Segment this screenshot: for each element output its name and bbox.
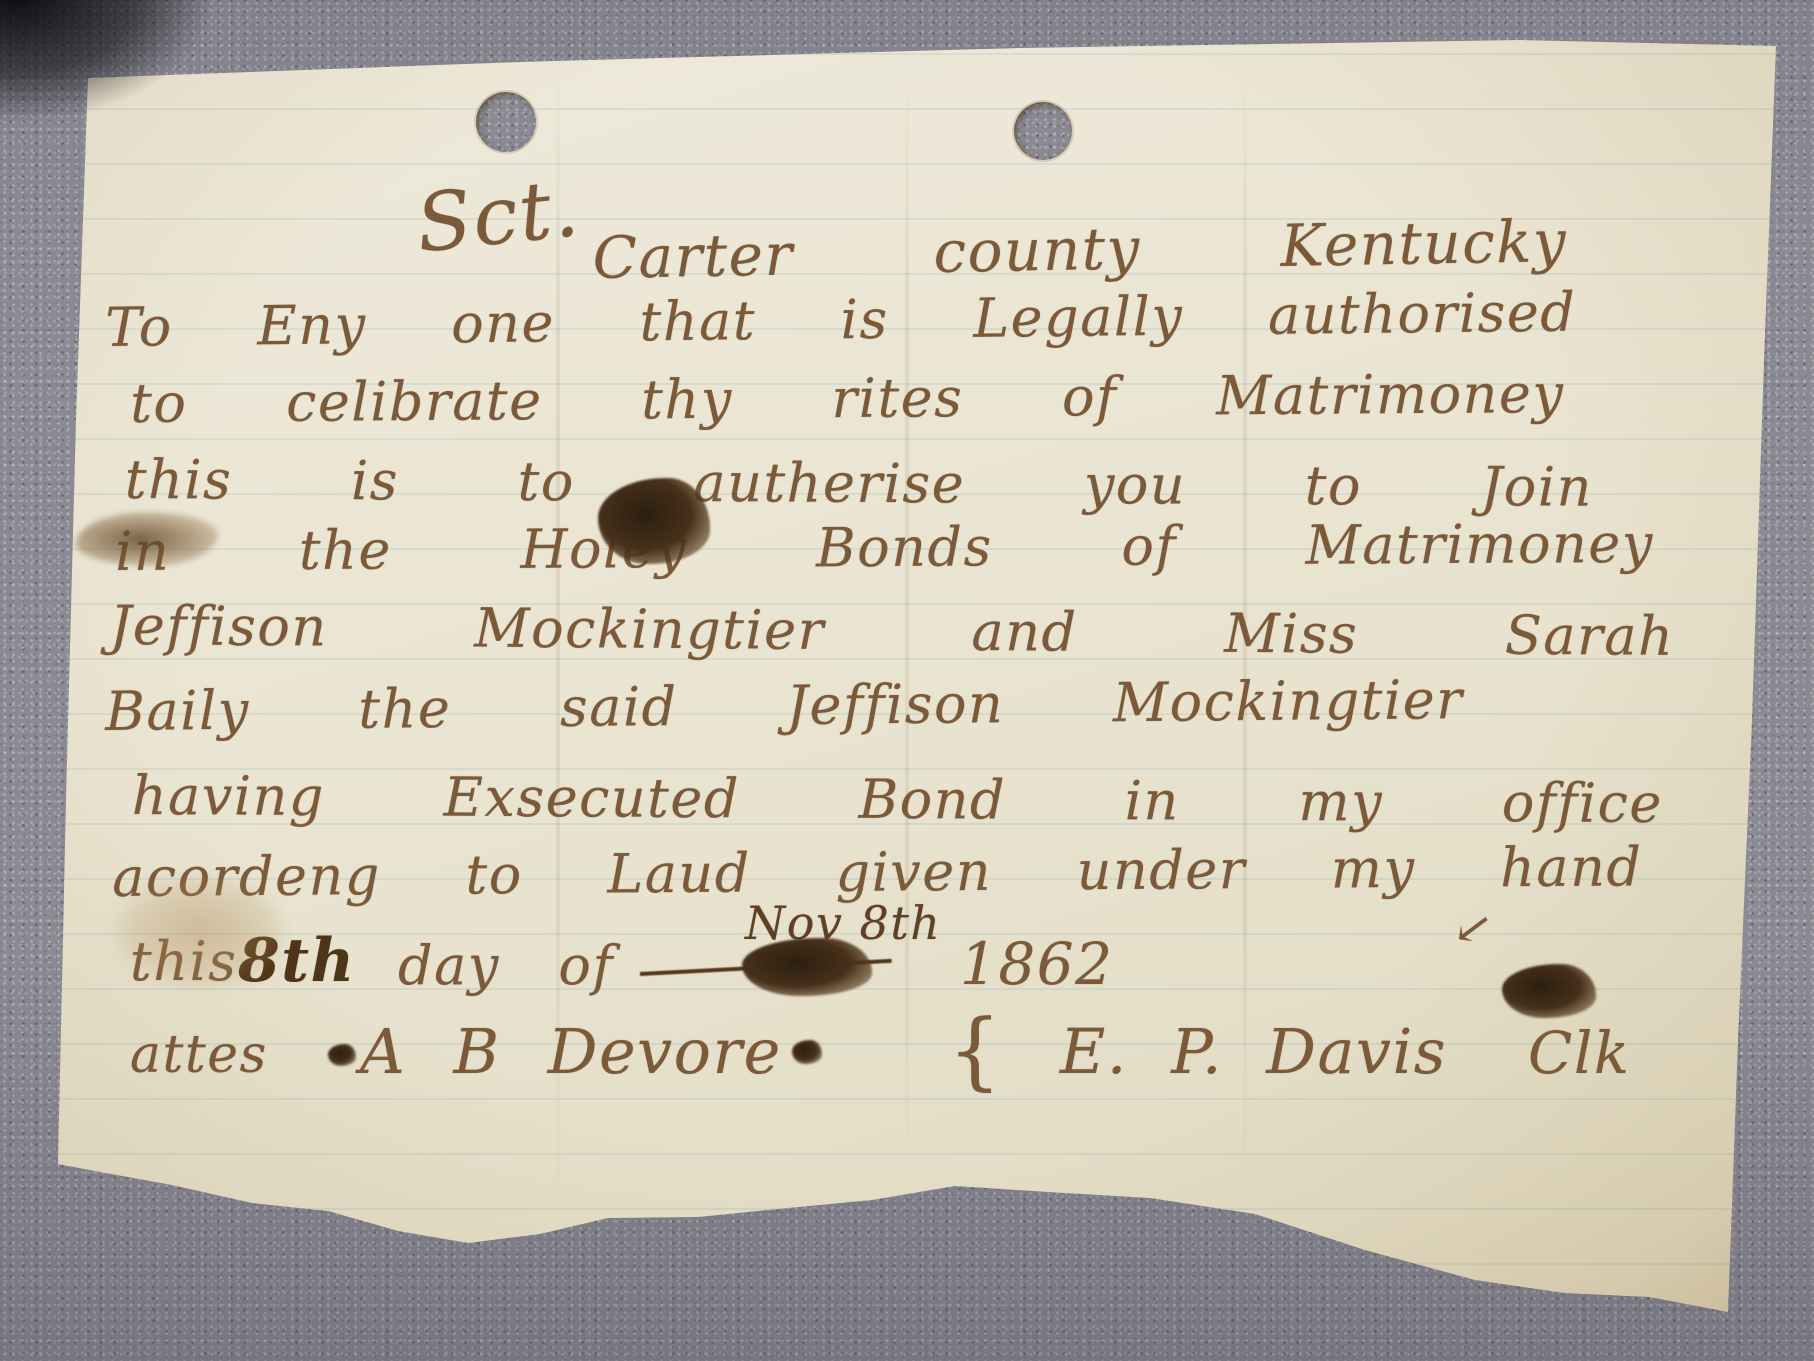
stain-smudge	[118, 878, 283, 986]
photo-of-document: Sct. Carter county Kentucky To Eny one t…	[0, 0, 1814, 1361]
date-middle: day of	[398, 934, 614, 997]
witness-signature: A B Devore	[360, 1015, 782, 1088]
body-line-4: in the Holey Bonds of Matrimoney	[115, 512, 1654, 583]
attest-label: attes	[130, 1025, 268, 1085]
corner-shadow	[0, 0, 210, 120]
body-line-5: Jeffison Mockingtier and Miss Sarah	[110, 594, 1675, 668]
heading-abbreviation: Sct.	[412, 161, 584, 271]
body-line-6: Baily the said Jeffison Mockingtier	[105, 668, 1464, 743]
body-line-7: having Exsecuted Bond in my office	[132, 764, 1663, 835]
clerk-signature: E. P. Davis	[1060, 1015, 1447, 1088]
date-year: 1862	[960, 930, 1114, 998]
ink-blot-over-word	[598, 478, 710, 564]
body-line-2: to celibrate thy rites of Matrimoney	[130, 362, 1565, 435]
punch-hole-right	[1014, 102, 1072, 160]
clerk-title: Clk	[1528, 1019, 1631, 1087]
ink-blot-above-signature	[1502, 964, 1596, 1018]
punch-hole-left	[476, 92, 536, 152]
ink-blot-date-correction	[742, 938, 872, 996]
body-line-3: this is to autherise you to Join	[125, 448, 1593, 519]
brace-mark: {	[948, 1001, 1003, 1099]
ink-dot	[792, 1040, 822, 1064]
ink-dot	[328, 1044, 356, 1066]
pen-flourish-arrow: ↙	[1450, 898, 1497, 957]
paper-document: Sct. Carter county Kentucky To Eny one t…	[0, 0, 1814, 1361]
